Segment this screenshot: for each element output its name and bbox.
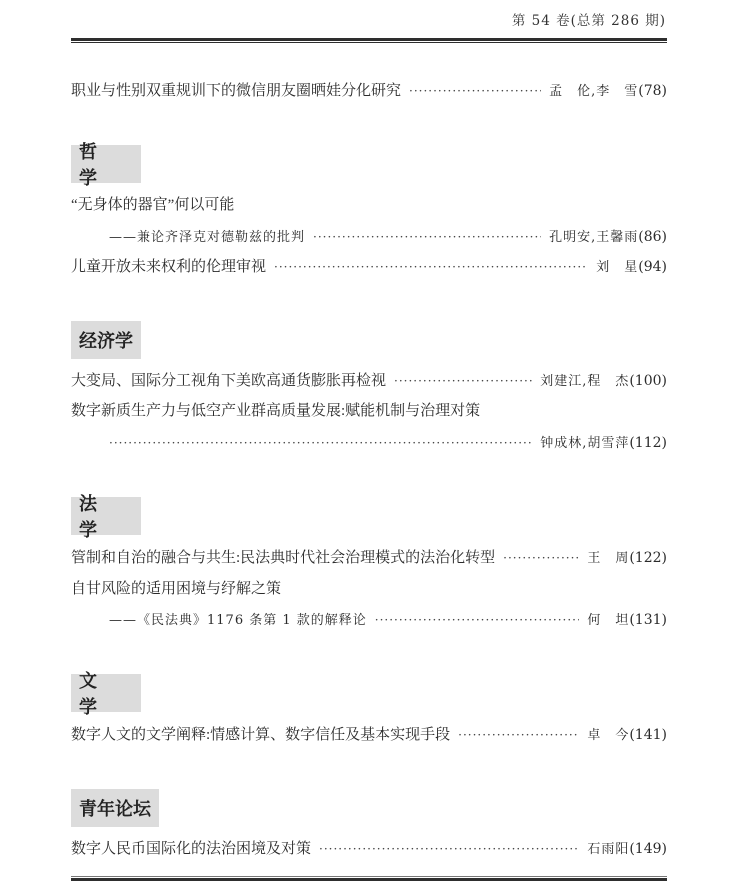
- entry-page: (112): [629, 432, 667, 454]
- dot-leader: [409, 80, 541, 102]
- entry-title: 自甘风险的适用困境与纾解之策: [71, 578, 281, 600]
- section-heading-label: 文 学: [79, 667, 143, 719]
- entry-title: 儿童开放未来权利的伦理审视: [71, 256, 266, 278]
- top-double-rule: [71, 38, 667, 43]
- entry-page: (141): [629, 724, 667, 746]
- entry-subtitle: ——兼论齐泽克对德勒兹的批判: [109, 227, 305, 249]
- dot-leader: [313, 226, 541, 248]
- volume-issue-label: 第 54 卷(总第 286 期): [512, 9, 666, 29]
- entry-authors: 何 坦: [587, 610, 629, 632]
- section-heading-label: 经济学: [79, 327, 133, 353]
- entry-title: 大变局、国际分工视角下美欧高通货膨胀再检视: [71, 370, 386, 392]
- dot-leader: [394, 370, 532, 392]
- toc-entry[interactable]: ——兼论齐泽克对德勒兹的批判 孔明安,王馨雨 (86): [71, 226, 667, 248]
- entry-title: 数字人民币国际化的法治困境及对策: [71, 838, 311, 860]
- toc-entry[interactable]: 数字人民币国际化的法治困境及对策 石雨阳 (149): [71, 838, 667, 860]
- entry-page: (131): [629, 609, 667, 631]
- toc-entry[interactable]: 钟成林,胡雪萍 (112): [71, 432, 667, 454]
- section-heading-label: 青年论坛: [79, 795, 151, 821]
- bottom-double-rule: [71, 876, 667, 881]
- entry-page: (149): [629, 838, 667, 860]
- entry-authors: 孔明安,王馨雨: [549, 227, 638, 249]
- entry-authors: 钟成林,胡雪萍: [540, 433, 629, 455]
- section-heading-philosophy: 哲 学: [71, 145, 141, 183]
- toc-entry[interactable]: 儿童开放未来权利的伦理审视 刘 星 (94): [71, 256, 667, 278]
- section-heading-law: 法 学: [71, 497, 141, 535]
- dot-leader: [274, 256, 588, 278]
- dot-leader: [109, 432, 532, 454]
- entry-title: 职业与性别双重规训下的微信朋友圈晒娃分化研究: [71, 80, 401, 102]
- dot-leader: [319, 838, 579, 860]
- entry-authors: 刘 星: [596, 257, 638, 279]
- entry-authors: 石雨阳: [587, 839, 629, 861]
- entry-title: 数字人文的文学阐释:情感计算、数字信任及基本实现手段: [71, 724, 450, 746]
- toc-entry[interactable]: 职业与性别双重规训下的微信朋友圈晒娃分化研究 孟 伦,李 雪 (78): [71, 80, 667, 102]
- toc-entry[interactable]: 管制和自治的融合与共生:民法典时代社会治理模式的法治化转型 王 周 (122): [71, 547, 667, 569]
- entry-page: (122): [629, 547, 667, 569]
- entry-authors: 刘建江,程 杰: [540, 371, 629, 393]
- entry-subtitle: ——《民法典》1176 条第 1 款的解释论: [109, 610, 367, 632]
- toc-entry-title-line[interactable]: 数字新质生产力与低空产业群高质量发展:赋能机制与治理对策: [71, 400, 667, 422]
- toc-entry-title-line[interactable]: “无身体的器官”何以可能: [71, 194, 667, 216]
- dot-leader: [503, 547, 579, 569]
- entry-authors: 王 周: [587, 548, 629, 570]
- entry-authors: 卓 今: [587, 725, 629, 747]
- entry-page: (100): [629, 370, 667, 392]
- entry-page: (94): [638, 256, 667, 278]
- toc-entry[interactable]: 大变局、国际分工视角下美欧高通货膨胀再检视 刘建江,程 杰 (100): [71, 370, 667, 392]
- entry-page: (86): [638, 226, 667, 248]
- dot-leader: [375, 609, 580, 631]
- entry-title: 管制和自治的融合与共生:民法典时代社会治理模式的法治化转型: [71, 547, 495, 569]
- section-heading-economics: 经济学: [71, 321, 141, 359]
- toc-entry[interactable]: 数字人文的文学阐释:情感计算、数字信任及基本实现手段 卓 今 (141): [71, 724, 667, 746]
- toc-entry[interactable]: ——《民法典》1176 条第 1 款的解释论 何 坦 (131): [71, 609, 667, 631]
- entry-authors: 孟 伦,李 雪: [549, 81, 638, 103]
- entry-title: 数字新质生产力与低空产业群高质量发展:赋能机制与治理对策: [71, 400, 480, 422]
- toc-entry-title-line[interactable]: 自甘风险的适用困境与纾解之策: [71, 578, 667, 600]
- section-heading-youth-forum: 青年论坛: [71, 789, 159, 827]
- section-heading-label: 法 学: [79, 490, 143, 542]
- entry-page: (78): [638, 80, 667, 102]
- section-heading-literature: 文 学: [71, 674, 141, 712]
- section-heading-label: 哲 学: [79, 138, 143, 190]
- entry-title: “无身体的器官”何以可能: [71, 194, 234, 216]
- dot-leader: [458, 724, 579, 746]
